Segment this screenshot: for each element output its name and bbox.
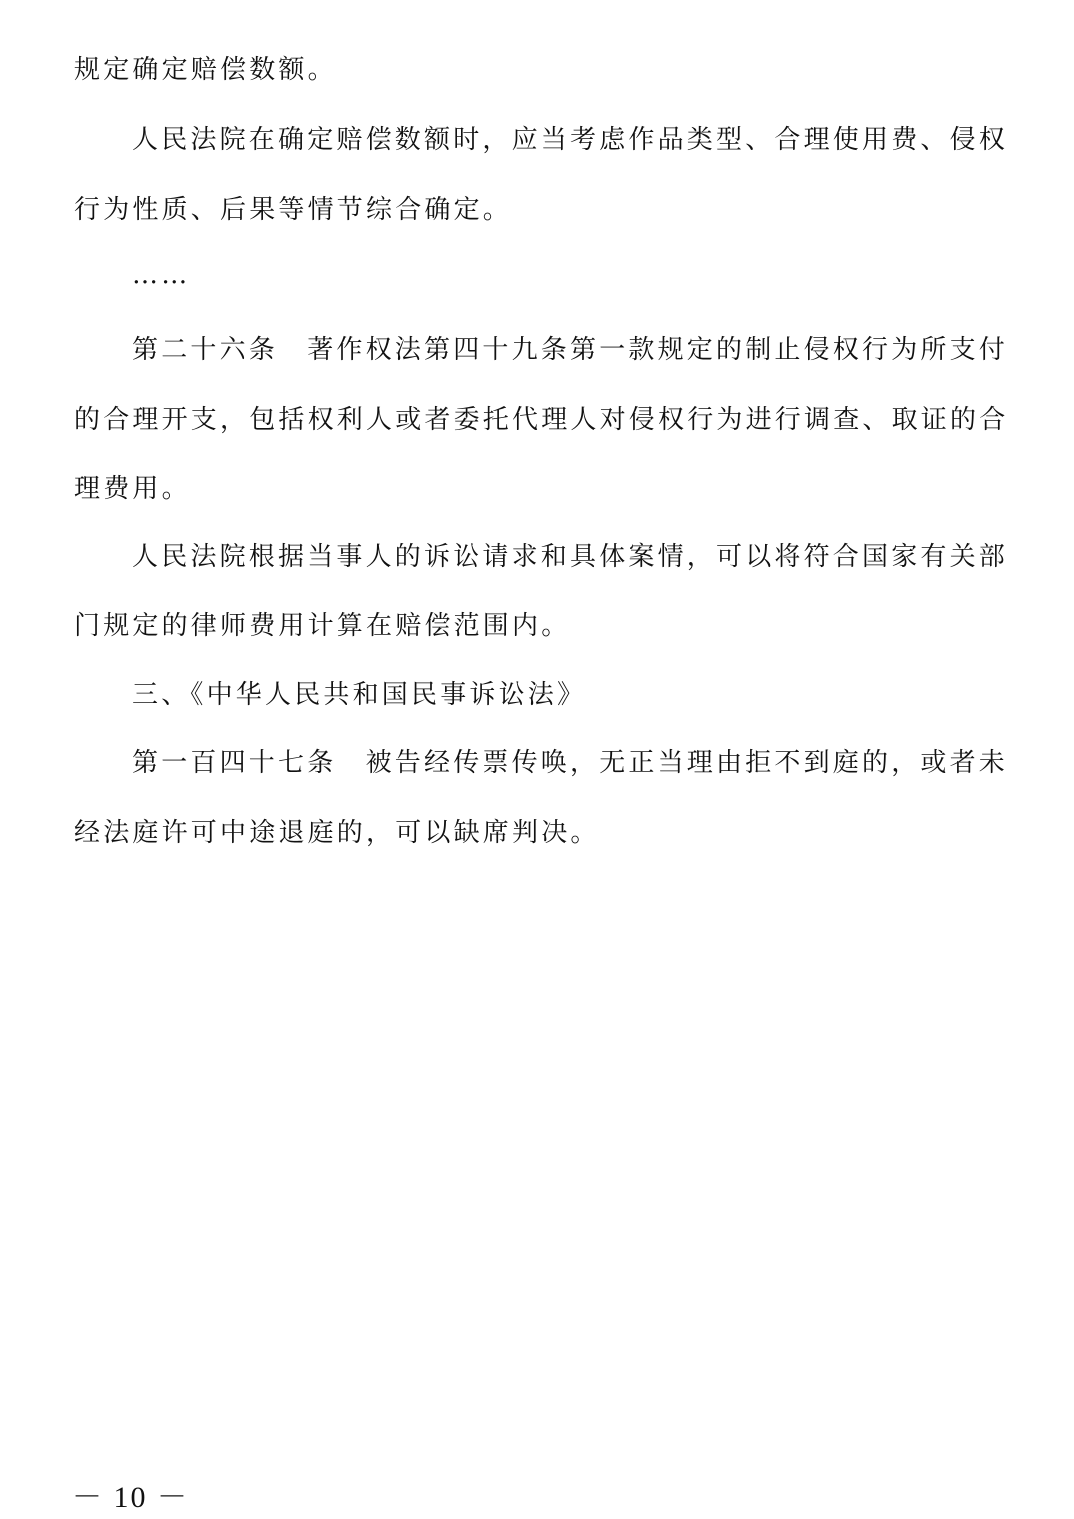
paragraph-line: 经法庭许可中途退庭的，可以缺席判决。 xyxy=(74,817,600,849)
ellipsis-line: …… xyxy=(132,259,190,291)
paragraph-line: 人民法院在确定赔偿数额时，应当考虑作品类型、合理使用费、侵权 xyxy=(132,124,1008,156)
paragraph-line: 门规定的律师费用计算在赔偿范围内。 xyxy=(74,610,570,642)
paragraph-line: 规定确定赔偿数额。 xyxy=(74,54,337,86)
paragraph-line: 的合理开支，包括权利人或者委托代理人对侵权行为进行调查、取证的合 xyxy=(74,404,1008,436)
article-heading-line: 第一百四十七条 被告经传票传唤，无正当理由拒不到庭的，或者未 xyxy=(132,747,1008,779)
section-heading: 三、《中华人民共和国民事诉讼法》 xyxy=(132,679,586,711)
paragraph-line: 理费用。 xyxy=(74,473,191,505)
page-number: － 10 － xyxy=(72,1472,189,1516)
paragraph-line: 人民法院根据当事人的诉讼请求和具体案情，可以将符合国家有关部 xyxy=(132,541,1008,573)
article-heading-line: 第二十六条 著作权法第四十九条第一款规定的制止侵权行为所支付 xyxy=(132,334,1008,366)
paragraph-line: 行为性质、后果等情节综合确定。 xyxy=(74,194,512,226)
